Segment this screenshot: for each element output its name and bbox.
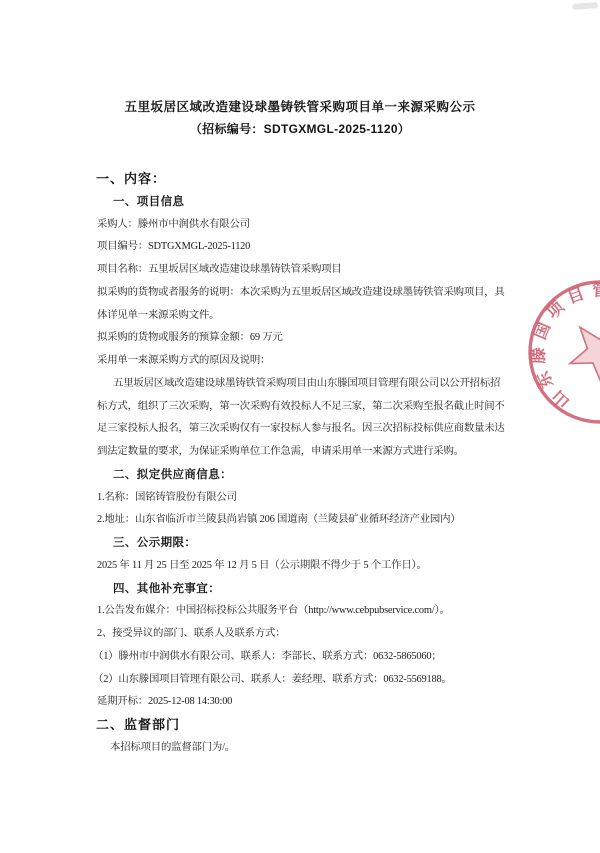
doc-line: 2025 年 11 月 25 日至 2025 年 12 月 5 日（公示期限不得… — [97, 555, 507, 578]
doc-line: 本招标项目的监督部门为/。 — [110, 737, 507, 760]
doc-line: 标方式，组织了三次采购，第一次采购有效投标人不足三家，第二次采购至报名截止时间不 — [97, 396, 507, 419]
star-icon — [570, 325, 600, 384]
doc-line: 足三家投标人报名，第三次采购仅有一家投标人参与报名。因三次招标投标供应商数量未达 — [97, 418, 507, 441]
doc-line: 项目名称：五里坂居区域改造建设球墨铸铁管采购项目 — [97, 259, 507, 282]
document-title: 五里坂居区域改造建设球墨铸铁管采购项目单一来源采购公示 — [0, 96, 600, 118]
doc-line: 二、拟定供应商信息： — [113, 464, 507, 487]
doc-line: 2、接受异议的部门、联系人及联系方式： — [97, 623, 507, 646]
doc-line: 2.地址：山东省临沂市兰陵县尚岩镇 206 国道南（兰陵县矿业循环经济产业园内） — [97, 509, 507, 532]
doc-line: （1）滕州市中润供水有限公司、联系人：李部长、联系方式：0632-5865060… — [93, 646, 507, 669]
document-page: 五里坂居区域改造建设球墨铸铁管采购项目单一来源采购公示 （招标编号：SDTGXM… — [0, 0, 600, 853]
doc-line: 到法定数量的要求，为保证采购单位工作急需，申请采用单一来源方式进行采购。 — [97, 441, 507, 464]
doc-line: 五里坂居区域改造建设球墨铸铁管采购项目由山东滕国项目管理有限公司以公开招标招 — [113, 373, 507, 396]
doc-line: 一、内容： — [96, 168, 507, 191]
document-subtitle: （招标编号：SDTGXMGL-2025-1120） — [0, 118, 600, 140]
doc-line: 采用单一来源采购方式的原因及说明： — [97, 350, 507, 373]
doc-line: 1.名称：国铭铸管股份有限公司 — [97, 487, 507, 510]
title-block: 五里坂居区域改造建设球墨铸铁管采购项目单一来源采购公示 （招标编号：SDTGXM… — [0, 96, 600, 140]
scan-smudge — [572, 2, 598, 10]
doc-line: 体详见单一来源采购文件。 — [97, 305, 507, 328]
doc-line: （2）山东滕国项目管理有限公司、联系人：姜经理、联系方式：0632-556918… — [93, 669, 507, 692]
doc-line: 三、公示期限： — [113, 532, 507, 555]
doc-line: 拟采购的货物或服务的预算金额：69 万元 — [97, 327, 507, 350]
doc-line: 二、监督部门 — [96, 714, 507, 737]
document-lines: 一、内容：一、项目信息采购人：滕州市中润供水有限公司项目编号：SDTGXMGL-… — [97, 168, 507, 760]
doc-line: 延期开标：2025-12-08 14:30:00 — [97, 691, 507, 714]
doc-line: 四、其他补充事宜： — [113, 578, 507, 601]
doc-line: 项目编号：SDTGXMGL-2025-1120 — [97, 236, 507, 259]
doc-line: 1.公告发布媒介：中国招标投标公共服务平台（http://www.cebpubs… — [97, 600, 507, 623]
doc-line: 采购人：滕州市中润供水有限公司 — [97, 214, 507, 237]
official-stamp: 山东滕国项目管理有限公司 — [500, 250, 600, 470]
doc-line: 一、项目信息 — [113, 191, 507, 214]
doc-line: 拟采购的货物或者服务的说明：本次采购为五里坂居区域改造建设球墨铸铁管采购项目，具 — [97, 282, 507, 305]
